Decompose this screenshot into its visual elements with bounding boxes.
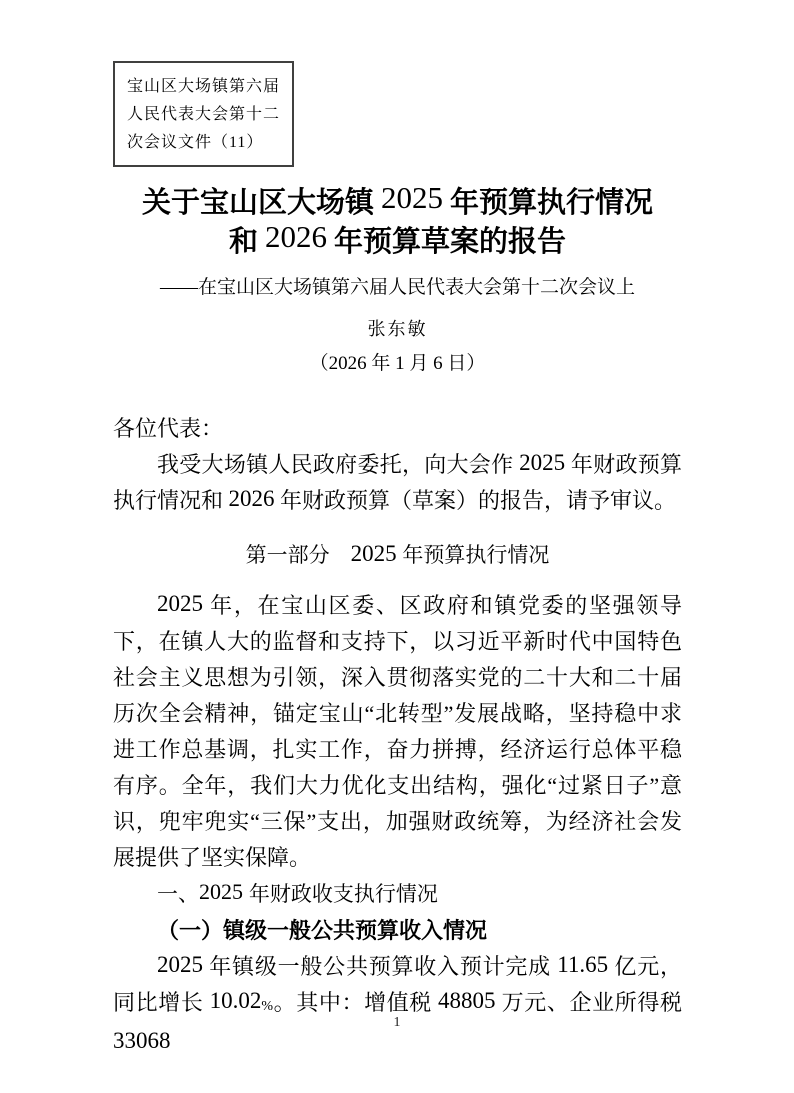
revenue-paragraph: 2025 年镇级一般公共预算收入预计完成 11.65 亿元，同比增长 10.02… [113, 949, 682, 1061]
title-line-1: 关于宝山区大场镇2025年预算执行情况 [113, 183, 682, 222]
subtitle: ——在宝山区大场镇第六届人民代表大会第十二次会议上 [113, 273, 682, 303]
document-page: 宝山区大场镇第六届 人民代表大会第十二 次会议文件（11） 关于宝山区大场镇20… [0, 0, 794, 1093]
date-line: （2026 年 1 月 6 日） [113, 349, 682, 379]
page-number: 1 [0, 1015, 794, 1031]
intro-paragraph: 我受大场镇人民政府委托，向大会作 2025 年财政预算执行情况和 2026 年财… [113, 447, 682, 519]
title-line-2: 和2026年预算草案的报告 [113, 222, 682, 261]
overview-paragraph: 2025 年，在宝山区委、区政府和镇党委的坚强领导下，在镇人大的监督和支持下，以… [113, 588, 682, 876]
section-1-heading: 一、2025 年财政收支执行情况 [113, 876, 682, 913]
subsection-1-1-heading: （一）镇级一般公共预算收入情况 [113, 913, 682, 949]
document-title: 关于宝山区大场镇2025年预算执行情况 和2026年预算草案的报告 [113, 183, 682, 261]
label-line: 人民代表大会第十二 [127, 101, 280, 129]
label-line: 宝山区大场镇第六届 [127, 73, 280, 101]
author-name: 张东敏 [113, 315, 682, 343]
label-line: 次会议文件（11） [127, 129, 280, 157]
document-body: 各位代表： 我受大场镇人民政府委托，向大会作 2025 年财政预算执行情况和 2… [113, 411, 682, 1061]
part1-heading: 第一部分 2025 年预算执行情况 [113, 537, 682, 574]
meeting-document-label-box: 宝山区大场镇第六届 人民代表大会第十二 次会议文件（11） [113, 61, 294, 167]
salutation: 各位代表： [113, 411, 682, 447]
